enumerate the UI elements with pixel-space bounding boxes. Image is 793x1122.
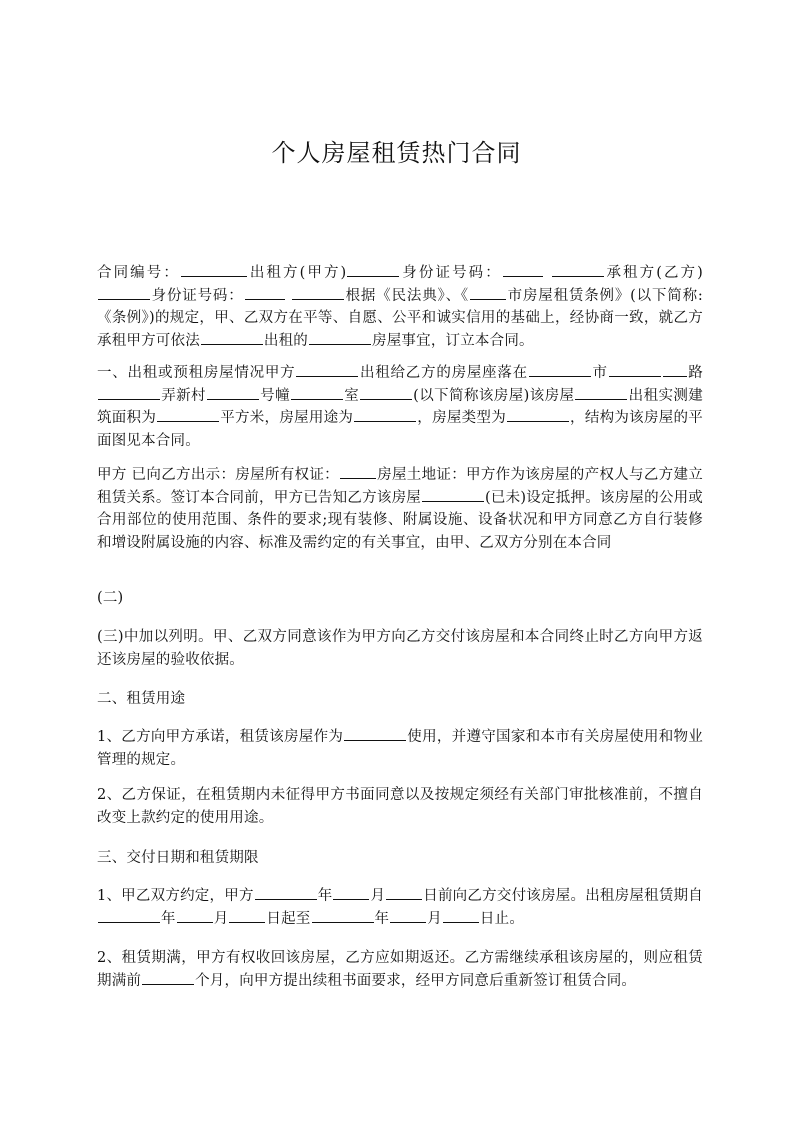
text-segment: 合同编号： bbox=[97, 265, 180, 281]
paragraph-section-1: 一、出租或预租房屋情况甲方出租给乙方的房屋座落在市路弄新村号幢室(以下简称该房屋… bbox=[97, 362, 703, 452]
fill-in-blank[interactable] bbox=[309, 330, 371, 345]
document-page: 个人房屋租赁热门合同 合同编号：出租方(甲方)身份证号码： 承租方(乙方)身份证… bbox=[0, 0, 793, 1122]
text-segment: 月 bbox=[370, 888, 385, 904]
fill-in-blank[interactable] bbox=[291, 385, 343, 400]
fill-in-blank[interactable] bbox=[340, 464, 376, 479]
text-segment: 根据《民法典》、《 bbox=[345, 288, 469, 304]
text-segment: ，房屋类型为 bbox=[417, 410, 506, 426]
text-segment: 出租方(甲方) bbox=[248, 265, 346, 281]
fill-in-blank[interactable] bbox=[245, 285, 285, 300]
text-segment: 2、乙方保证，在租赁期内未征得甲方书面同意以及按规定须经有关部门审批核准前，不擅… bbox=[97, 787, 703, 826]
fill-in-blank[interactable] bbox=[344, 726, 406, 741]
paragraph-section-3-heading: 三、交付日期和租赁期限 bbox=[97, 847, 703, 870]
text-segment: 月 bbox=[214, 911, 229, 927]
fill-in-blank[interactable] bbox=[333, 885, 369, 900]
text-segment: 室 bbox=[344, 388, 359, 404]
text-segment: 身份证号码： bbox=[400, 265, 501, 281]
fill-in-blank[interactable] bbox=[443, 908, 479, 923]
fill-in-blank[interactable] bbox=[142, 970, 194, 985]
text-segment: 年 bbox=[161, 911, 176, 927]
text-segment: 号幢 bbox=[260, 388, 290, 404]
fill-in-blank[interactable] bbox=[529, 362, 591, 377]
paragraph-section-1-cont: 甲方 已向乙方出示：房屋所有权证：房屋土地证：甲方作为该房屋的产权人与乙方建立租… bbox=[97, 464, 703, 554]
text-segment bbox=[286, 288, 291, 304]
text-segment: 甲方 已向乙方出示：房屋所有权证： bbox=[97, 467, 339, 483]
paragraph-section-3-1: 1、甲乙双方约定，甲方年月日前向乙方交付该房屋。出租房屋租赁期自年月日起至年月日… bbox=[97, 885, 703, 930]
fill-in-blank[interactable] bbox=[292, 285, 344, 300]
fill-in-blank[interactable] bbox=[422, 487, 484, 502]
fill-in-blank[interactable] bbox=[98, 908, 160, 923]
text-segment: 房屋事宜，订立本合同。 bbox=[372, 333, 534, 349]
text-segment: 承租方(乙方) bbox=[605, 265, 703, 281]
paragraph-section-2-1: 1、乙方向甲方承诺，租赁该房屋作为使用，并遵守国家和本市有关房屋使用和物业管理的… bbox=[97, 726, 703, 771]
text-segment: 日起至 bbox=[266, 911, 310, 927]
text-segment: 市 bbox=[592, 365, 608, 381]
fill-in-blank[interactable] bbox=[98, 385, 160, 400]
paragraph-section-2-heading: 二、租赁用途 bbox=[97, 688, 703, 711]
text-segment: 出租给乙方的房屋座落在 bbox=[359, 365, 527, 381]
fill-in-blank[interactable] bbox=[312, 908, 374, 923]
text-segment: 个月，向甲方提出续租书面要求，经甲方同意后重新签订租赁合同。 bbox=[195, 973, 636, 989]
paragraph-section-3-2: 2、租赁期满，甲方有权收回该房屋，乙方应如期返还。乙方需继续承租该房屋的，则应租… bbox=[97, 947, 703, 992]
text-segment: 年 bbox=[318, 888, 333, 904]
text-segment: 弄新村 bbox=[161, 388, 206, 404]
text-segment: 年 bbox=[375, 911, 390, 927]
paragraph-section-2-2: 2、乙方保证，在租赁期内未征得甲方书面同意以及按规定须经有关部门审批核准前，不擅… bbox=[97, 784, 703, 829]
fill-in-blank[interactable] bbox=[575, 385, 627, 400]
fill-in-blank[interactable] bbox=[181, 262, 247, 277]
fill-in-blank[interactable] bbox=[255, 885, 317, 900]
fill-in-blank[interactable] bbox=[360, 385, 412, 400]
fill-in-blank[interactable] bbox=[177, 908, 213, 923]
text-segment: 三、交付日期和租赁期限 bbox=[97, 850, 259, 866]
fill-in-blank[interactable] bbox=[229, 908, 265, 923]
fill-in-blank[interactable] bbox=[663, 362, 687, 377]
text-segment: 日前向乙方交付该房屋。出租房屋租赁期自 bbox=[423, 888, 703, 904]
text-segment: 1、甲乙双方约定，甲方 bbox=[97, 888, 254, 904]
text-segment: 月 bbox=[427, 911, 442, 927]
text-segment bbox=[544, 265, 551, 281]
text-segment: 路 bbox=[688, 365, 703, 381]
fill-in-blank[interactable] bbox=[470, 285, 506, 300]
text-segment: 二、租赁用途 bbox=[97, 691, 185, 707]
text-segment: (二) bbox=[97, 590, 123, 606]
fill-in-blank[interactable] bbox=[296, 362, 358, 377]
fill-in-blank[interactable] bbox=[609, 362, 661, 377]
paragraph-item-3: (三)中加以列明。甲、乙双方同意该作为甲方向乙方交付该房屋和本合同终止时乙方向甲… bbox=[97, 626, 703, 671]
fill-in-blank[interactable] bbox=[207, 385, 259, 400]
text-segment: 一、出租或预租房屋情况甲方 bbox=[97, 365, 295, 381]
text-segment: 1、乙方向甲方承诺，租赁该房屋作为 bbox=[97, 729, 343, 745]
text-segment: (以下简称该房屋)该房屋 bbox=[413, 388, 574, 404]
fill-in-blank[interactable] bbox=[201, 330, 263, 345]
fill-in-blank[interactable] bbox=[552, 262, 604, 277]
fill-in-blank[interactable] bbox=[507, 407, 569, 422]
fill-in-blank[interactable] bbox=[157, 407, 219, 422]
fill-in-blank[interactable] bbox=[98, 285, 150, 300]
fill-in-blank[interactable] bbox=[347, 262, 399, 277]
paragraph-item-2: (二) bbox=[97, 587, 703, 610]
text-segment: 身份证号码： bbox=[151, 288, 244, 304]
text-segment: 出租的 bbox=[264, 333, 308, 349]
paragraph-preamble: 合同编号：出租方(甲方)身份证号码： 承租方(乙方)身份证号码： 根据《民法典》… bbox=[97, 262, 703, 352]
fill-in-blank[interactable] bbox=[390, 908, 426, 923]
fill-in-blank[interactable] bbox=[354, 407, 416, 422]
fill-in-blank[interactable] bbox=[386, 885, 422, 900]
document-title: 个人房屋租赁热门合同 bbox=[0, 133, 793, 168]
text-segment: 日止。 bbox=[480, 911, 524, 927]
text-segment: 平方米，房屋用途为 bbox=[220, 410, 353, 426]
text-segment: (三)中加以列明。甲、乙双方同意该作为甲方向乙方交付该房屋和本合同终止时乙方向甲… bbox=[97, 629, 703, 668]
fill-in-blank[interactable] bbox=[503, 262, 543, 277]
